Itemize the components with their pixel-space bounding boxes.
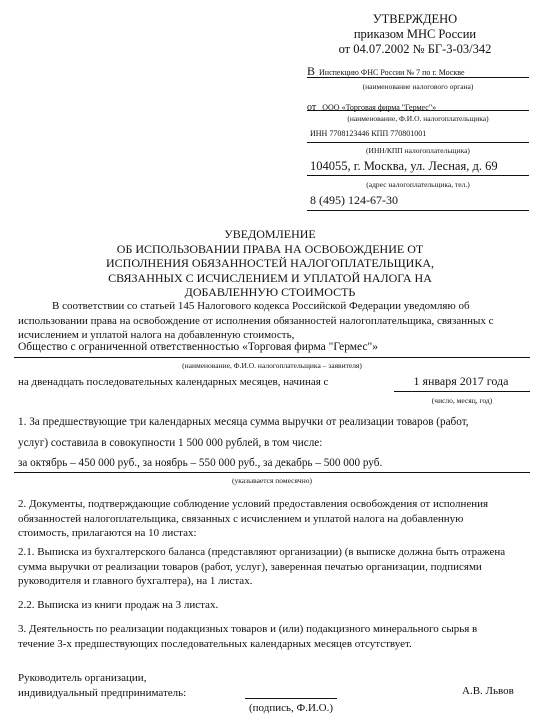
- from-field: от ООО «Торговая фирма "Гермес"»: [307, 97, 436, 115]
- title-line-5: ДОБАВЛЕННУЮ СТОИМОСТЬ: [60, 285, 480, 300]
- period-text: на двенадцать последовательных календарн…: [18, 376, 328, 388]
- intro-line-1: В соответствии со статьей 145 Налогового…: [18, 299, 494, 314]
- inn-caption: (ИНН/КПП налогоплательщика): [307, 146, 529, 155]
- p2-paragraph: 2. Документы, подтверждающие соблюдение …: [18, 497, 488, 541]
- to-caption: (наименование налогового органа): [307, 82, 529, 91]
- p3-line-1: 3. Деятельность по реализации подакцизны…: [18, 622, 477, 637]
- p2-line-2: обязанностей налогоплательщика, связанны…: [18, 512, 488, 527]
- p1-monthly-value: за октябрь – 450 000 руб., за ноябрь – 5…: [18, 457, 382, 469]
- p3-line-2: течение 3-х предшествующих последователь…: [18, 637, 477, 652]
- from-caption: (наименование, Ф.И.О. налогоплательщика): [307, 114, 529, 123]
- applicant-underline: [14, 357, 530, 358]
- start-date-value: 1 января 2017 года: [396, 374, 526, 389]
- p21-paragraph: 2.1. Выписка из бухгалтерского баланса (…: [18, 545, 505, 589]
- phone-value: 8 (495) 124-67-30: [310, 193, 398, 208]
- approved-label: УТВЕРЖДЕНО: [330, 12, 500, 27]
- p2-line-3: стоимость, прилагаются на 10 листах:: [18, 526, 488, 541]
- start-date-caption: (число, месяц, год): [394, 396, 530, 405]
- p21-line-1: 2.1. Выписка из бухгалтерского баланса (…: [18, 545, 505, 560]
- start-date-underline: [394, 391, 530, 392]
- inn-value: ИНН 7708123446 КПП 770801001: [310, 129, 426, 138]
- to-underline: [307, 77, 529, 78]
- p21-line-3: руководителя и главного бухгалтера), на …: [18, 574, 505, 589]
- address-caption: (адрес налогоплательщика, тел.): [307, 180, 529, 189]
- p2-line-1: 2. Документы, подтверждающие соблюдение …: [18, 497, 488, 512]
- signature-role: Руководитель организации, индивидуальный…: [18, 671, 186, 700]
- signature-role-line-2: индивидуальный предприниматель:: [18, 686, 186, 701]
- approved-order-ref: от 04.07.2002 № БГ-3-03/342: [330, 42, 500, 57]
- p1-line-1: 1. За предшествующие три календарных мес…: [18, 416, 469, 428]
- signatory-name: А.В. Львов: [462, 685, 514, 697]
- p22-paragraph: 2.2. Выписка из книги продаж на 3 листах…: [18, 598, 218, 613]
- p3-paragraph: 3. Деятельность по реализации подакцизны…: [18, 622, 477, 651]
- p1-monthly-caption: (указывается помесячно): [14, 476, 530, 485]
- approved-order: приказом МНС России: [330, 27, 500, 42]
- from-underline: [307, 110, 529, 111]
- address-underline: [307, 175, 529, 176]
- to-value: Инспекцию ФНС России № 7 по г. Москве: [319, 68, 465, 77]
- title-line-2: ОБ ИСПОЛЬЗОВАНИИ ПРАВА НА ОСВОБОЖДЕНИЕ О…: [60, 242, 480, 257]
- document-title: УВЕДОМЛЕНИЕ ОБ ИСПОЛЬЗОВАНИИ ПРАВА НА ОС…: [60, 227, 480, 300]
- applicant-value: Общество с ограниченной ответственностью…: [18, 341, 378, 353]
- intro-paragraph: В соответствии со статьей 145 Налогового…: [18, 299, 494, 343]
- signature-line: [245, 698, 337, 699]
- title-line-4: СВЯЗАННЫХ С ИСЧИСЛЕНИЕМ И УПЛАТОЙ НАЛОГА…: [60, 271, 480, 286]
- to-prefix: В: [307, 64, 315, 78]
- intro-line-2: использовании права на освобождение от и…: [18, 314, 494, 329]
- p21-line-2: сумма выручки от реализации товаров (раб…: [18, 560, 505, 575]
- p1-line-2: услуг) составила в совокупности 1 500 00…: [18, 437, 322, 449]
- phone-underline: [307, 210, 529, 211]
- applicant-caption: (наименование, Ф.И.О. налогоплательщика …: [14, 361, 530, 370]
- title-line-1: УВЕДОМЛЕНИЕ: [60, 227, 480, 242]
- address-value: 104055, г. Москва, ул. Лесная, д. 69: [310, 159, 498, 174]
- from-prefix: от: [307, 102, 316, 113]
- inn-underline: [307, 142, 529, 143]
- signature-caption: (подпись, Ф.И.О.): [245, 702, 337, 714]
- p1-monthly-underline: [14, 472, 530, 473]
- signature-role-line-1: Руководитель организации,: [18, 671, 186, 686]
- title-line-3: ИСПОЛНЕНИЯ ОБЯЗАННОСТЕЙ НАЛОГОПЛАТЕЛЬЩИК…: [60, 256, 480, 271]
